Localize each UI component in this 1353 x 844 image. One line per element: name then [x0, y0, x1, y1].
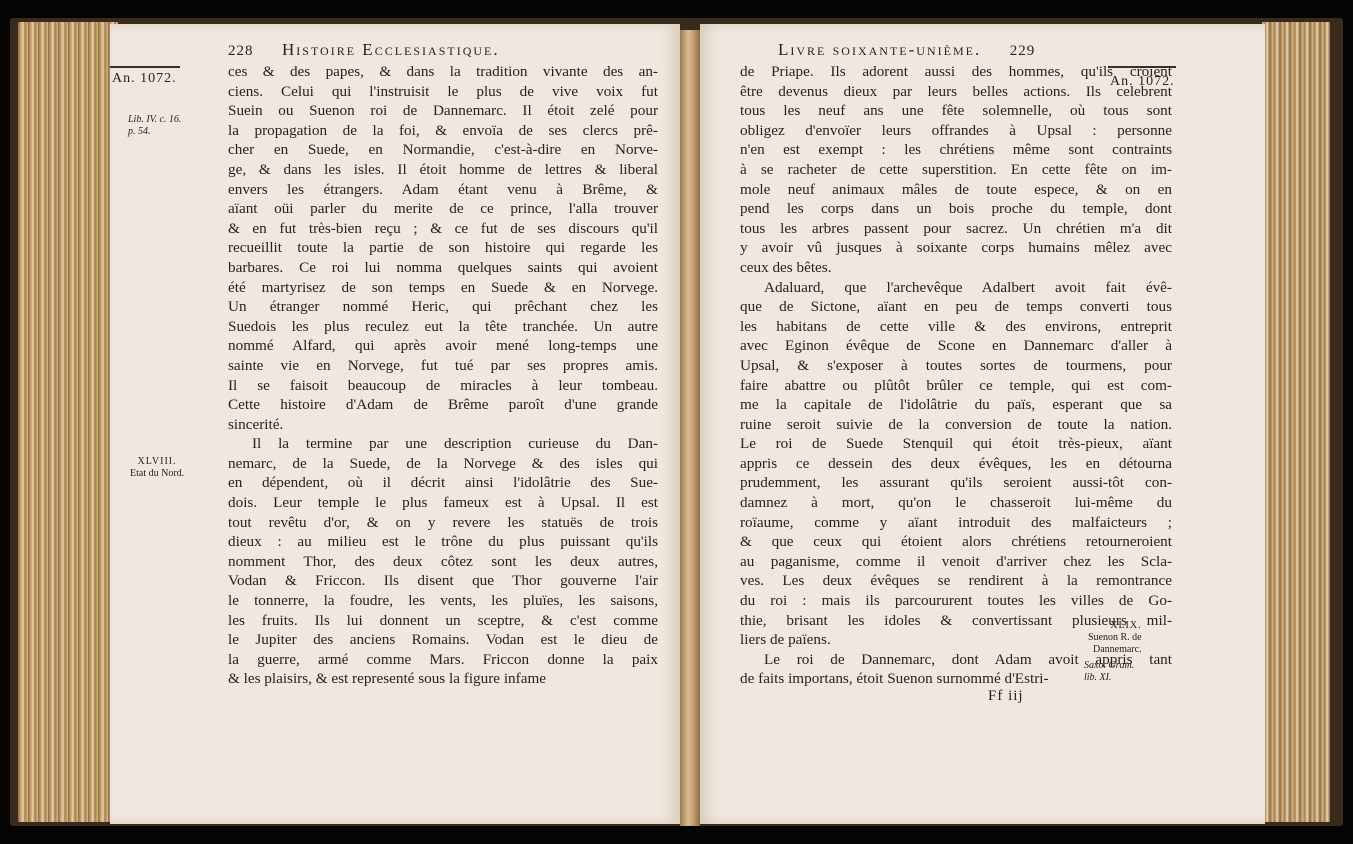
text-line: envers les étrangers. Adam étant venu à …: [228, 180, 658, 200]
text-line: tous les neuf ans une fête solemnelle, o…: [740, 101, 1172, 121]
text-line: Suein ou Suenon roi de Dannemarc. Il éto…: [228, 101, 658, 121]
text-line: Upsal, & s'exposer à toutes sortes de to…: [740, 356, 1172, 376]
text-line: dois. Leur temple le plus fameux est à U…: [228, 493, 658, 513]
text-line: avec Eginon évêque de Scone en Dannemarc…: [740, 336, 1172, 356]
text-line: Un étranger nommé Heric, qui prêchant ch…: [228, 297, 658, 317]
text-line: de Priape. Ils adorent aussi des hommes,…: [740, 62, 1172, 82]
text-line: la guerre, armé comme Mars. Friccon donn…: [228, 650, 658, 670]
text-line: roïaume, comme y aïant introduit des mal…: [740, 513, 1172, 533]
text-line: faire abattre ou plûtôt brûler ce temple…: [740, 376, 1172, 396]
text-line: damnez à mort, qu'on le chasseroit lui-m…: [740, 493, 1172, 513]
text-line: en dépendent, où il décrit ainsi l'idolâ…: [228, 473, 658, 493]
text-line: liers de païens.: [740, 630, 1172, 650]
signature-mark: Ff iij: [988, 688, 1024, 705]
text-line: Vodan & Friccon. Ils disent que Thor gou…: [228, 571, 658, 591]
text-line: sincerité.: [228, 415, 658, 435]
text-line: obligez d'envoïer leurs offrandes à Upsa…: [740, 121, 1172, 141]
text-line: pend les corps dans un bois proche du te…: [740, 199, 1172, 219]
text-line: Adaluard, que l'archevêque Adalbert avoi…: [740, 278, 1172, 298]
text-line: ciens. Celui qui l'instruisit le plus de…: [228, 82, 658, 102]
text-line: y avoir vû jusques à soixante corps huma…: [740, 238, 1172, 258]
text-line: barbares. Ce roi lui nomma quelques sain…: [228, 258, 658, 278]
text-line: Cette histoire d'Adam de Brême paroît d'…: [228, 395, 658, 415]
text-line: du roi : mais ils parcoururent toutes le…: [740, 591, 1172, 611]
text-line: ge, & dans les isles. Il étoit homme de …: [228, 160, 658, 180]
text-line: recueillit toute la partie de son histoi…: [228, 238, 658, 258]
text-line: Le roi de Dannemarc, dont Adam avoit app…: [740, 650, 1172, 670]
right-page-edges: [1262, 22, 1330, 822]
text-line: la propagation de la foi, & envoïa de se…: [228, 121, 658, 141]
right-running-title: Livre soixante-unième.: [778, 40, 981, 59]
text-line: n'en est exempt : les chrétiens même son…: [740, 140, 1172, 160]
text-line: prudemment, les assurant qu'ils seroient…: [740, 473, 1172, 493]
text-line: me la capitale de l'idolâtrie du païs, e…: [740, 395, 1172, 415]
text-line: tout revêtu d'or, & on y revere les stat…: [228, 513, 658, 533]
right-page-body: de Priape. Ils adorent aussi des hommes,…: [740, 62, 1172, 689]
text-line: nomment Thor, des deux côtez sont les de…: [228, 552, 658, 572]
text-line: dieux : au milieu est le trône du plus p…: [228, 532, 658, 552]
right-page-number: 229: [1010, 43, 1036, 59]
text-line: à se racheter de cette superstition. En …: [740, 160, 1172, 180]
text-line: été martyrisez de son temps en Suede & e…: [228, 278, 658, 298]
left-year-note: An. 1072.: [112, 71, 177, 87]
text-line: aïant oüi parler du merite de ce prince,…: [228, 199, 658, 219]
left-page-edges: [18, 22, 118, 822]
text-line: au paganisme, comme il venoit d'arriver …: [740, 552, 1172, 572]
right-page: Livre soixante-unième. 229 An. 1072. XLI…: [700, 24, 1265, 824]
text-line: Il la termine par une description curieu…: [228, 434, 658, 454]
text-line: mole neuf animaux mâles de toute espece,…: [740, 180, 1172, 200]
text-line: Le roi de Suede Stenquil qui étoit très-…: [740, 434, 1172, 454]
left-page-number: 228: [228, 43, 254, 59]
text-line: ceux des bêtes.: [740, 258, 1172, 278]
text-line: & les plaisirs, & est representé sous la…: [228, 669, 658, 689]
text-line: nemarc, de la Suede, de la Norvege & des…: [228, 454, 658, 474]
left-page: 228 Histoire Ecclesiastique. An. 1072. L…: [110, 24, 680, 824]
text-line: tous les arbres passent pour sacrez. Un …: [740, 219, 1172, 239]
text-line: que de Sictone, aïant en peu de temps co…: [740, 297, 1172, 317]
book-gutter: [680, 30, 700, 826]
text-line: le Jupiter des anciens Romains. Vodan es…: [228, 630, 658, 650]
text-line: nommé Alfard, qui après avoir mené long-…: [228, 336, 658, 356]
text-line: & en fut très-bien reçu ; & ce fut de se…: [228, 219, 658, 239]
left-page-body: ces & des papes, & dans la tradition viv…: [228, 62, 658, 689]
right-page-header: Livre soixante-unième. 229: [778, 40, 1035, 60]
text-line: thie, brisant les idoles & convertissant…: [740, 611, 1172, 631]
text-line: & que ceux qui étoient alors chrétiens r…: [740, 532, 1172, 552]
text-line: le tonnerre, la foudre, les vents, les p…: [228, 591, 658, 611]
text-line: ces & des papes, & dans la tradition viv…: [228, 62, 658, 82]
text-line: Suedois les plus reculez eut la tête tra…: [228, 317, 658, 337]
text-line: les fruits. Ils lui donnent un sceptre, …: [228, 611, 658, 631]
text-line: de faits importans, étoit Suenon surnomm…: [740, 669, 1172, 689]
margin-note-ref-lib: Lib. IV. c. 16. p. 54.: [128, 114, 181, 138]
text-line: les habitans de cette ville & des enviro…: [740, 317, 1172, 337]
left-running-title: Histoire Ecclesiastique.: [282, 40, 500, 59]
text-line: appris ce dessein des deux évêques, les …: [740, 454, 1172, 474]
text-line: être devenus dieux par leurs belles acti…: [740, 82, 1172, 102]
text-line: sainte vie en Norvege, fut tué par ses p…: [228, 356, 658, 376]
year-rule: [110, 66, 180, 68]
margin-note-section-48: XLVIII. Etat du Nord.: [130, 456, 184, 480]
text-line: cher en Suede, en Normandie, c'est-à-dir…: [228, 140, 658, 160]
text-line: ves. Les deux évêques se rendirent à la …: [740, 571, 1172, 591]
text-line: Il se faisoit beaucoup de miracles à leu…: [228, 376, 658, 396]
text-line: ruine seroit suivie de la conversion de …: [740, 415, 1172, 435]
left-page-header: 228 Histoire Ecclesiastique.: [228, 40, 500, 60]
